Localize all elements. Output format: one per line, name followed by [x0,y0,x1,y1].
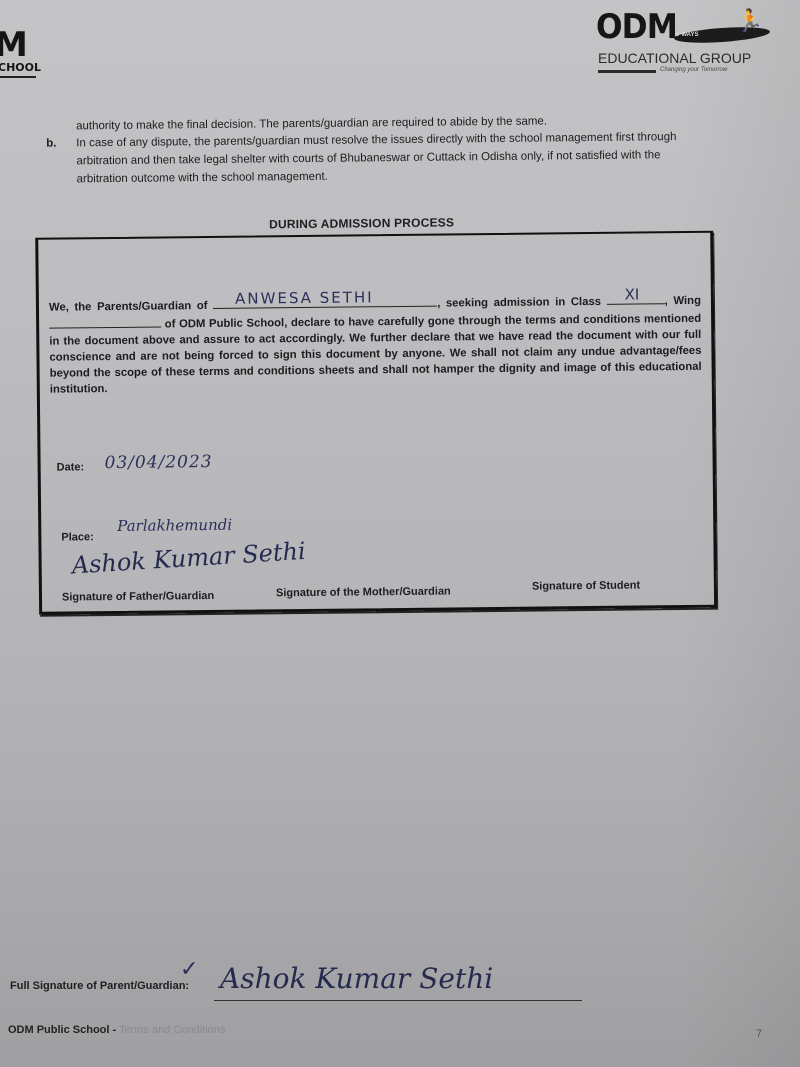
document-page: authority to make the final decision. Th… [0,0,800,1067]
declaration-text: We, the Parents/Guardian of ANWESA SETHI… [49,291,702,398]
section-title: DURING ADMISSION PROCESS [269,215,454,231]
declaration-part2: , seeking admission in Class [437,296,607,310]
student-signature-label: Signature of Student [532,579,640,592]
mother-signature-label: Signature of the Mother/Guardian [276,585,451,599]
full-signature-value[interactable]: Ashok Kumar Sethi [220,962,493,995]
class-value: XI [624,286,639,302]
declaration-part1: We, the Parents/Guardian of [49,300,213,314]
clause-b-label: b. [46,135,56,153]
footer-doc-title: Terms and Conditions [119,1024,225,1036]
class-field[interactable]: XI [607,291,665,305]
wing-field[interactable] [49,314,161,328]
full-signature-line [214,1000,582,1001]
place-value[interactable]: Parlakhemundi [117,516,232,535]
declaration-part3: , Wing [665,295,701,307]
student-name-field[interactable]: ANWESA SETHI [213,294,437,309]
date-label: Date: [57,461,85,473]
place-label: Place: [61,531,94,543]
signature-labels: Signature of Father/Guardian Signature o… [62,585,702,592]
footer-school: ODM Public School - [8,1024,116,1036]
student-name-value: ANWESA SETHI [235,289,374,306]
check-mark-icon: ✓ [180,956,198,982]
father-signature-label: Signature of Father/Guardian [62,590,214,604]
full-signature-label: Full Signature of Parent/Guardian: [10,980,189,992]
father-signature[interactable]: Ashok Kumar Sethi [71,537,306,580]
clause-b: b. In case of any dispute, the parents/g… [46,128,707,189]
page-number: 7 [756,1028,762,1040]
date-value[interactable]: 03/04/2023 [104,452,212,473]
footer: ODM Public School - Terms and Conditions [8,1024,225,1036]
admission-declaration-box: We, the Parents/Guardian of ANWESA SETHI… [35,231,717,615]
clause-b-text: In case of any dispute, the parents/guar… [76,128,707,189]
